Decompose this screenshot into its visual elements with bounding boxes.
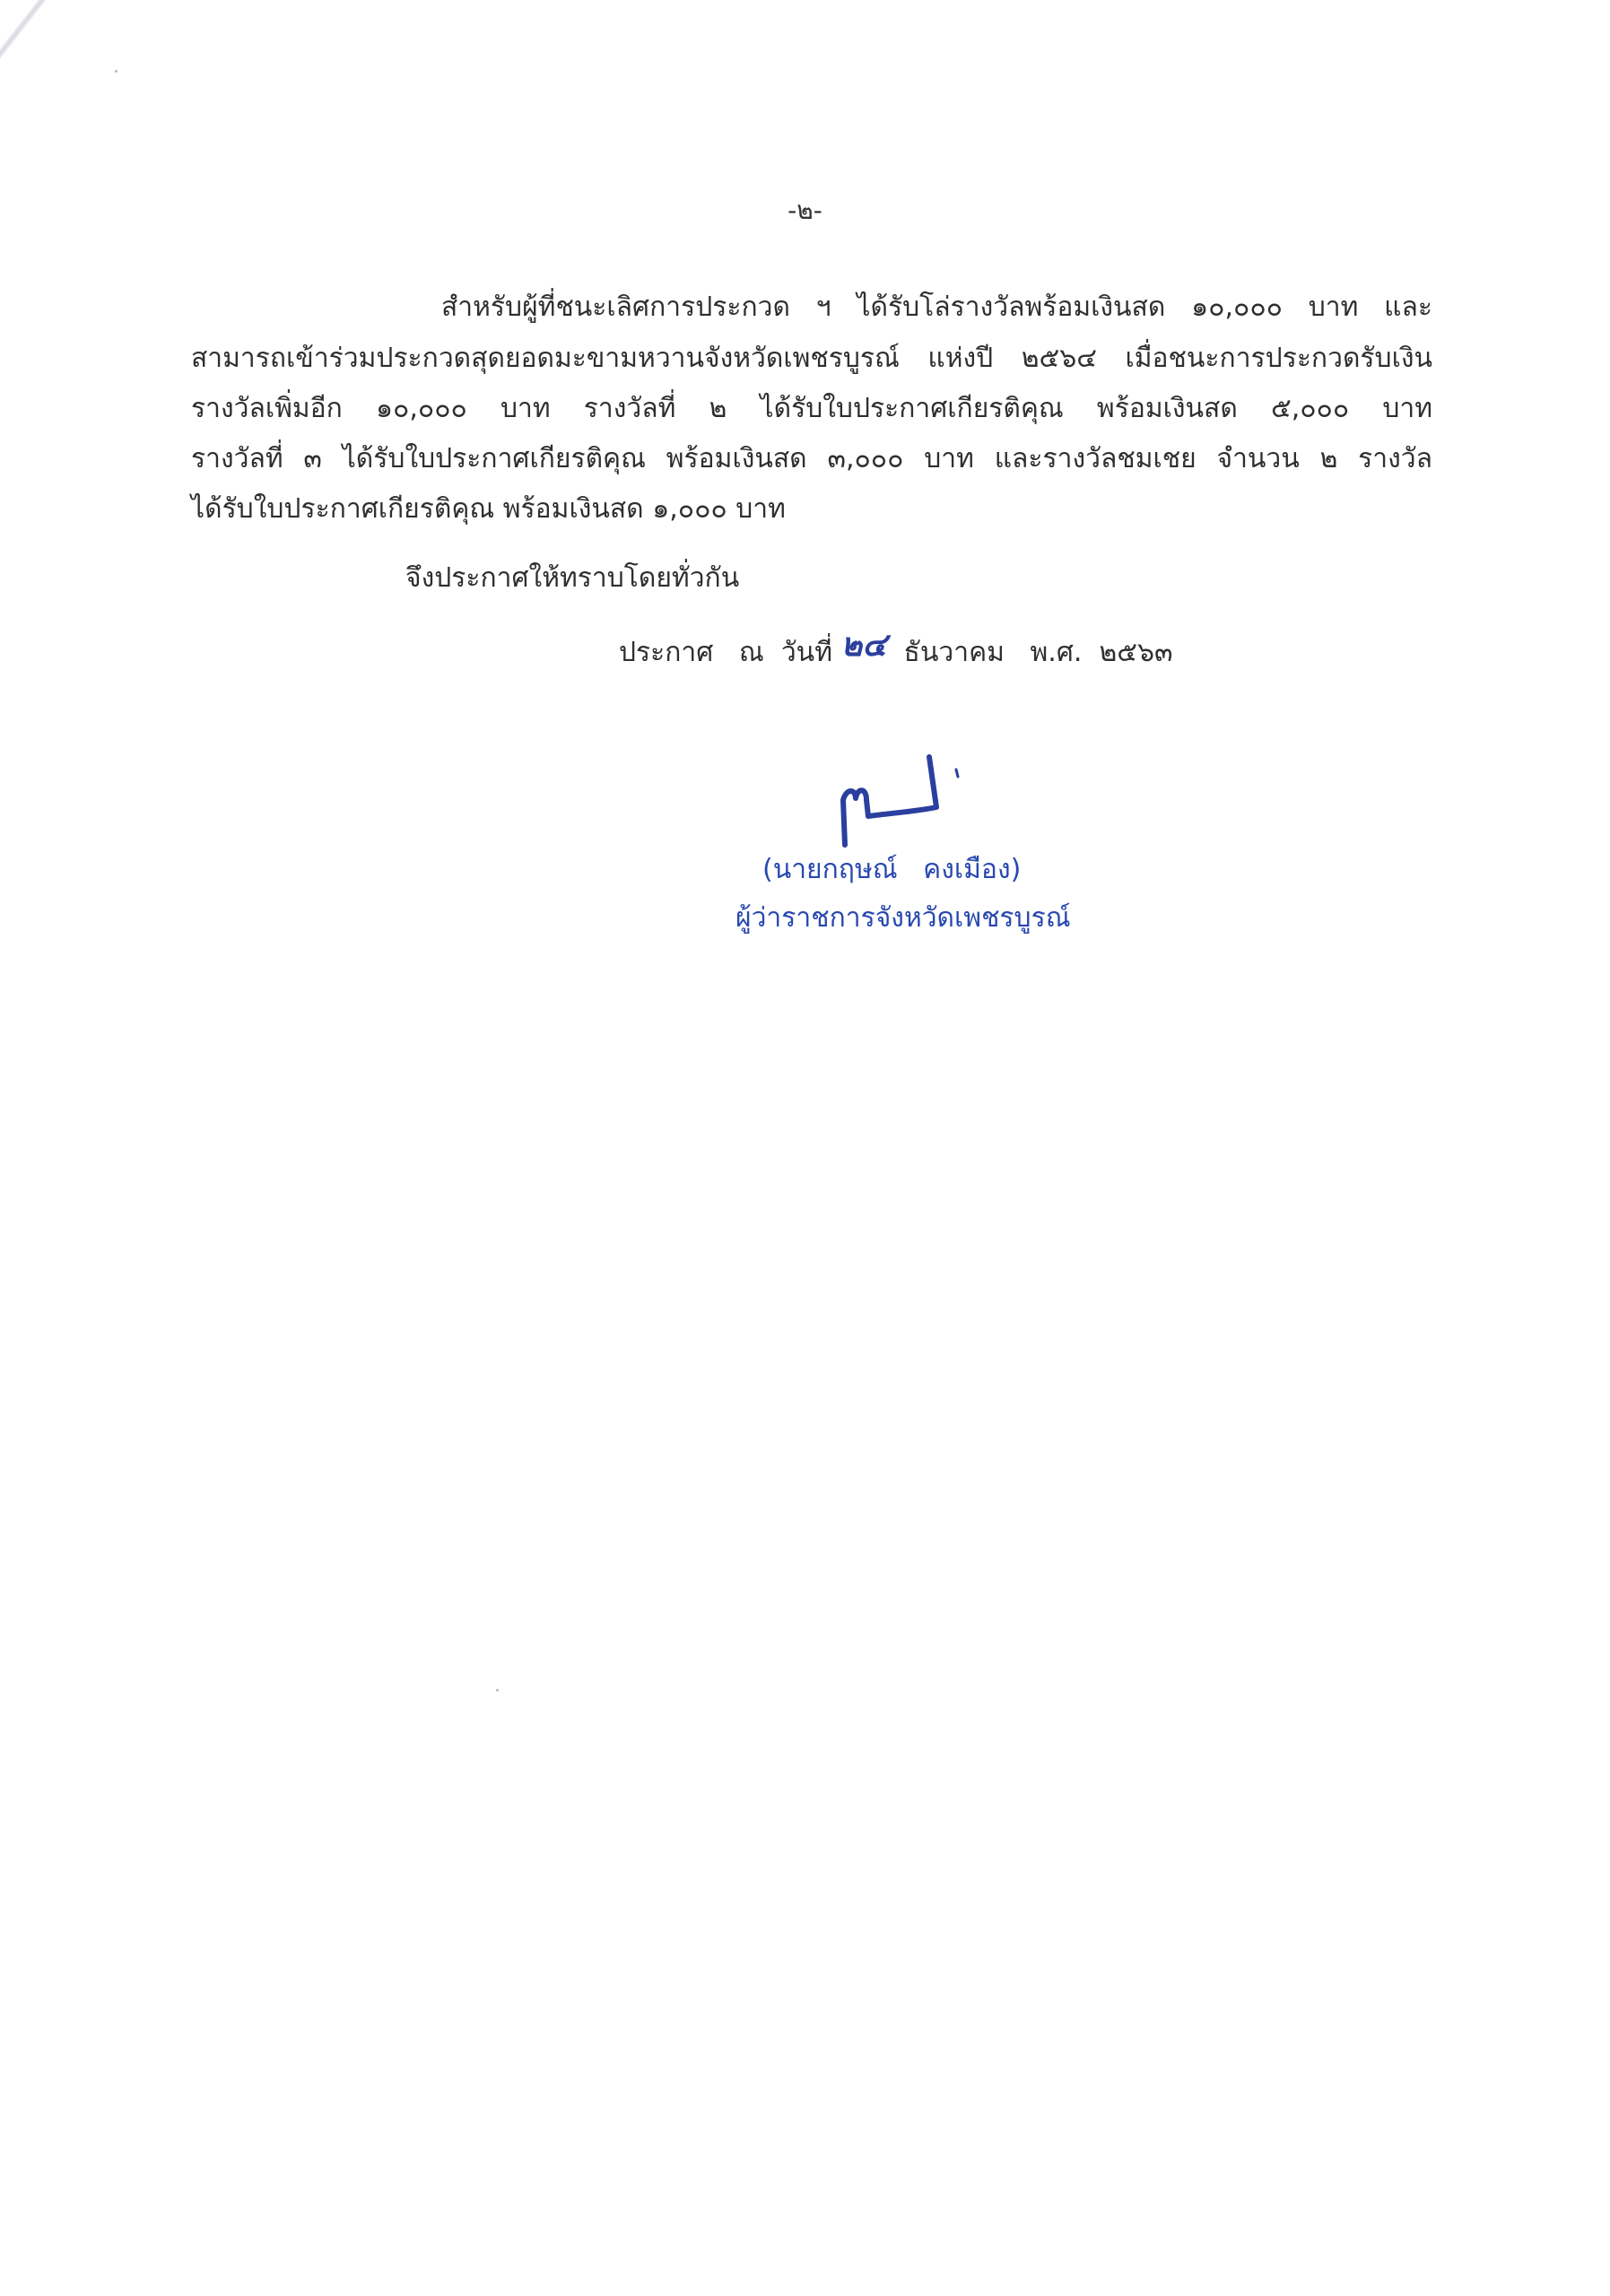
body-line-3: รางวัลเพิ่มอีก ๑๐,๐๐๐ บาท รางวัลที่ ๒ ได… — [191, 391, 1432, 427]
page-number: -๒- — [0, 191, 1610, 230]
date-suffix: ธันวาคม พ.ศ. ๒๕๖๓ — [886, 637, 1172, 668]
document-page: -๒- สำหรับผู้ที่ชนะเลิศการประกวด ฯ ได้รั… — [0, 0, 1610, 2296]
scan-speck — [115, 70, 117, 73]
date-prefix: ประกาศ ณ วันที่ — [619, 637, 841, 668]
signature-icon — [834, 744, 978, 852]
body-line-2: สามารถเข้าร่วมประกวดสุดยอดมะขามหวานจังหว… — [191, 341, 1432, 377]
closing-statement: จึงประกาศให้ทราบโดยทั่วกัน — [405, 561, 739, 596]
body-line-4: รางวัลที่ ๓ ได้รับใบประกาศเกียรติคุณ พร้… — [191, 441, 1432, 477]
scan-artifact-line — [0, 0, 119, 91]
scan-speck — [496, 1689, 499, 1692]
handwritten-day: ๒๔ — [841, 628, 887, 664]
signer-name: (นายกฤษณ์ คงเมือง) — [762, 852, 1021, 888]
body-line-5: ได้รับใบประกาศเกียรติคุณ พร้อมเงินสด ๑,๐… — [191, 491, 786, 527]
signer-title: ผู้ว่าราชการจังหวัดเพชรบูรณ์ — [735, 900, 1071, 936]
announcement-date: ประกาศ ณ วันที่ ๒๔ ธันวาคม พ.ศ. ๒๕๖๓ — [619, 633, 1173, 671]
body-line-1: สำหรับผู้ที่ชนะเลิศการประกวด ฯ ได้รับโล่… — [441, 290, 1432, 326]
